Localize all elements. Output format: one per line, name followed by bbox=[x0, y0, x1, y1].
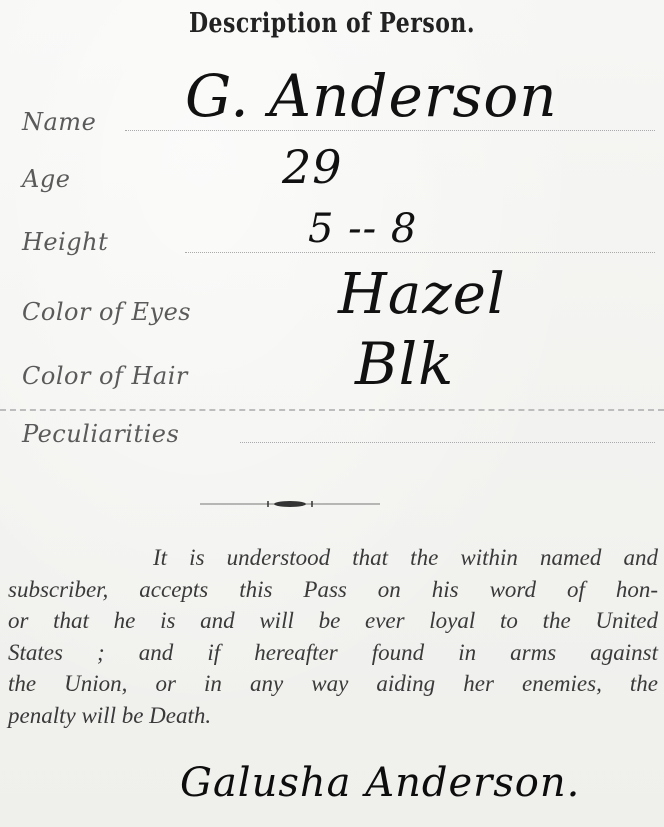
field-value-name: G. Anderson bbox=[185, 62, 558, 130]
field-label-hair-color: Color of Hair bbox=[22, 362, 188, 390]
field-value-height: 5 -- 8 bbox=[308, 206, 417, 252]
oath-line: States ; and if hereafter found in arms … bbox=[8, 637, 658, 669]
field-value-eye-color: Hazel bbox=[338, 262, 506, 327]
field-label-age: Age bbox=[22, 165, 70, 193]
field-label-height: Height bbox=[22, 228, 108, 256]
signature: Galusha Anderson. bbox=[180, 760, 580, 806]
ornament-divider-icon bbox=[200, 499, 380, 509]
field-line-peculiarities bbox=[240, 442, 655, 443]
oath-paragraph: It is understood that the within named a… bbox=[8, 542, 658, 731]
field-line-name bbox=[125, 130, 655, 131]
document-title: Description of Person. bbox=[0, 7, 664, 40]
oath-line: penalty will be Death. bbox=[8, 700, 658, 732]
document-page: Description of Person. Name G. Anderson … bbox=[0, 0, 664, 827]
field-line-height bbox=[185, 252, 655, 253]
field-label-eye-color: Color of Eyes bbox=[22, 298, 191, 326]
field-value-hair-color: Blk bbox=[355, 330, 454, 398]
oath-line: subscriber, accepts this Pass on his wor… bbox=[8, 574, 658, 606]
field-value-age: 29 bbox=[282, 140, 343, 194]
oath-line: the Union, or in any way aiding her enem… bbox=[8, 668, 658, 700]
oath-line: It is understood that the within named a… bbox=[8, 542, 658, 574]
oath-line: or that he is and will be ever loyal to … bbox=[8, 605, 658, 637]
field-label-peculiarities: Peculiarities bbox=[22, 420, 179, 448]
fold-line bbox=[0, 409, 664, 411]
field-label-name: Name bbox=[22, 108, 96, 136]
